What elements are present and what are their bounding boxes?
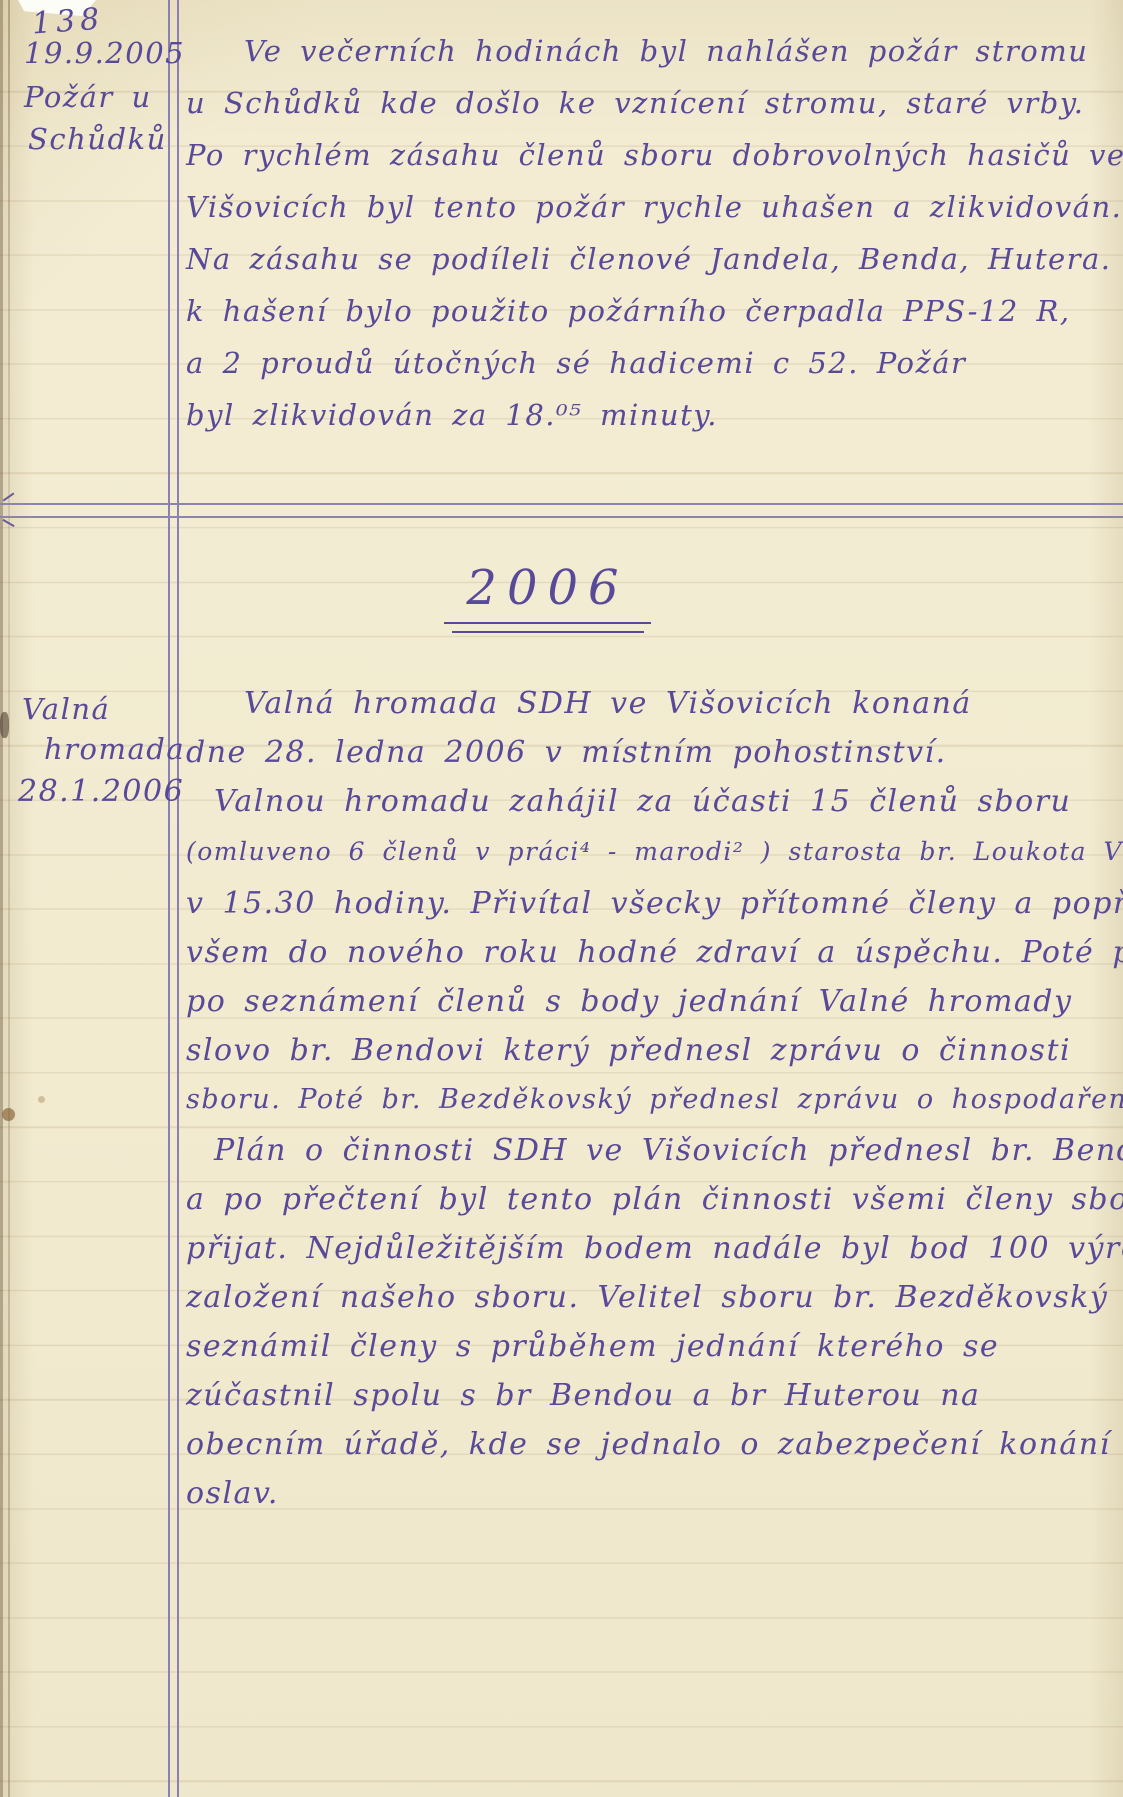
margin-vertical-rule-outer [168, 0, 170, 1797]
handwriting-line: Višovicích byl tento požár rychle uhašen… [186, 190, 1121, 242]
paper-stain [2, 1108, 15, 1121]
handwriting-line: Valná hromada SDH ve Višovicích konaná [186, 686, 1121, 735]
year-underline [444, 622, 651, 624]
chronicle-page: 138 19.9.2005 Požár u Schůdků Ve večerní… [0, 0, 1123, 1797]
entry1-body: Ve večerních hodinách byl nahlášen požár… [186, 34, 1121, 450]
handwriting-line: přijat. Nejdůležitějším bodem nadále byl… [186, 1231, 1121, 1280]
handwriting-line: Po rychlém zásahu členů sboru dobrovolný… [186, 138, 1121, 190]
handwriting-line: slovo br. Bendovi který přednesl zprávu … [186, 1033, 1121, 1082]
handwriting-line: Ve večerních hodinách byl nahlášen požár… [186, 34, 1121, 86]
handwriting-line: sboru. Poté br. Bezděkovský přednesl zpr… [186, 1082, 1121, 1133]
entry2-body: Valná hromada SDH ve Višovicích konaná d… [186, 686, 1121, 1525]
handwriting-line: obecním úřadě, kde se jednalo o zabezpeč… [186, 1427, 1121, 1476]
entry2-margin-title-line1: Valná [22, 692, 110, 726]
handwriting-line: oslav. [186, 1476, 1121, 1525]
year-heading: 2006 [458, 560, 636, 620]
handwriting-line: Valnou hromadu zahájil za účasti 15 člen… [186, 784, 1121, 833]
handwriting-line: byl zlikvidován za 18.⁰⁵ minuty. [186, 398, 1121, 450]
entry1-margin-title-line2: Schůdků [28, 122, 167, 156]
handwriting-line: zúčastnil spolu s br Bendou a br Huterou… [186, 1378, 1121, 1427]
handwriting-line: (omluveno 6 členů v práci⁴ - marodi² ) s… [186, 833, 1121, 886]
year-underline [452, 631, 644, 633]
ink-blot [0, 712, 9, 738]
paper-crease [8, 0, 10, 1797]
paper-stain [38, 1096, 45, 1103]
page-left-edge [0, 0, 3, 1797]
handwriting-line: Na zásahu se podíleli členové Jandela, B… [186, 242, 1121, 294]
handwriting-line: po seznámení členů s body jednání Valné … [186, 984, 1121, 1033]
entry-separator-rule-top [0, 503, 1123, 505]
handwriting-line: a 2 proudů útočných sé hadicemi c 52. Po… [186, 346, 1121, 398]
handwriting-line: k hašení bylo použito požárního čerpadla… [186, 294, 1121, 346]
handwriting-line: u Schůdků kde došlo ke vznícení stromu, … [186, 86, 1121, 138]
handwriting-line: v 15.30 hodiny. Přivítal všecky přítomné… [186, 886, 1121, 935]
handwriting-line: všem do nového roku hodné zdraví a úspěc… [186, 935, 1121, 984]
handwriting-line: dne 28. ledna 2006 v místním pohostinstv… [186, 735, 1121, 784]
entry1-margin-title-line1: Požár u [24, 80, 152, 114]
entry2-margin-title-line2: hromada [44, 732, 185, 766]
entry-separator-rule-bottom [0, 516, 1123, 518]
entry2-margin-date: 28.1.2006 [18, 774, 184, 809]
year-heading-block: 2006 [440, 560, 655, 633]
entry1-margin-date: 19.9.2005 [24, 36, 185, 70]
margin-vertical-rule-inner [177, 0, 179, 1797]
handwriting-line: založení našeho sboru. Velitel sboru br.… [186, 1280, 1121, 1329]
handwriting-line: Plán o činnosti SDH ve Višovicích předne… [186, 1133, 1121, 1182]
handwriting-line: a po přečtení byl tento plán činnosti vš… [186, 1182, 1121, 1231]
handwriting-line: seznámil členy s průběhem jednání kteréh… [186, 1329, 1121, 1378]
